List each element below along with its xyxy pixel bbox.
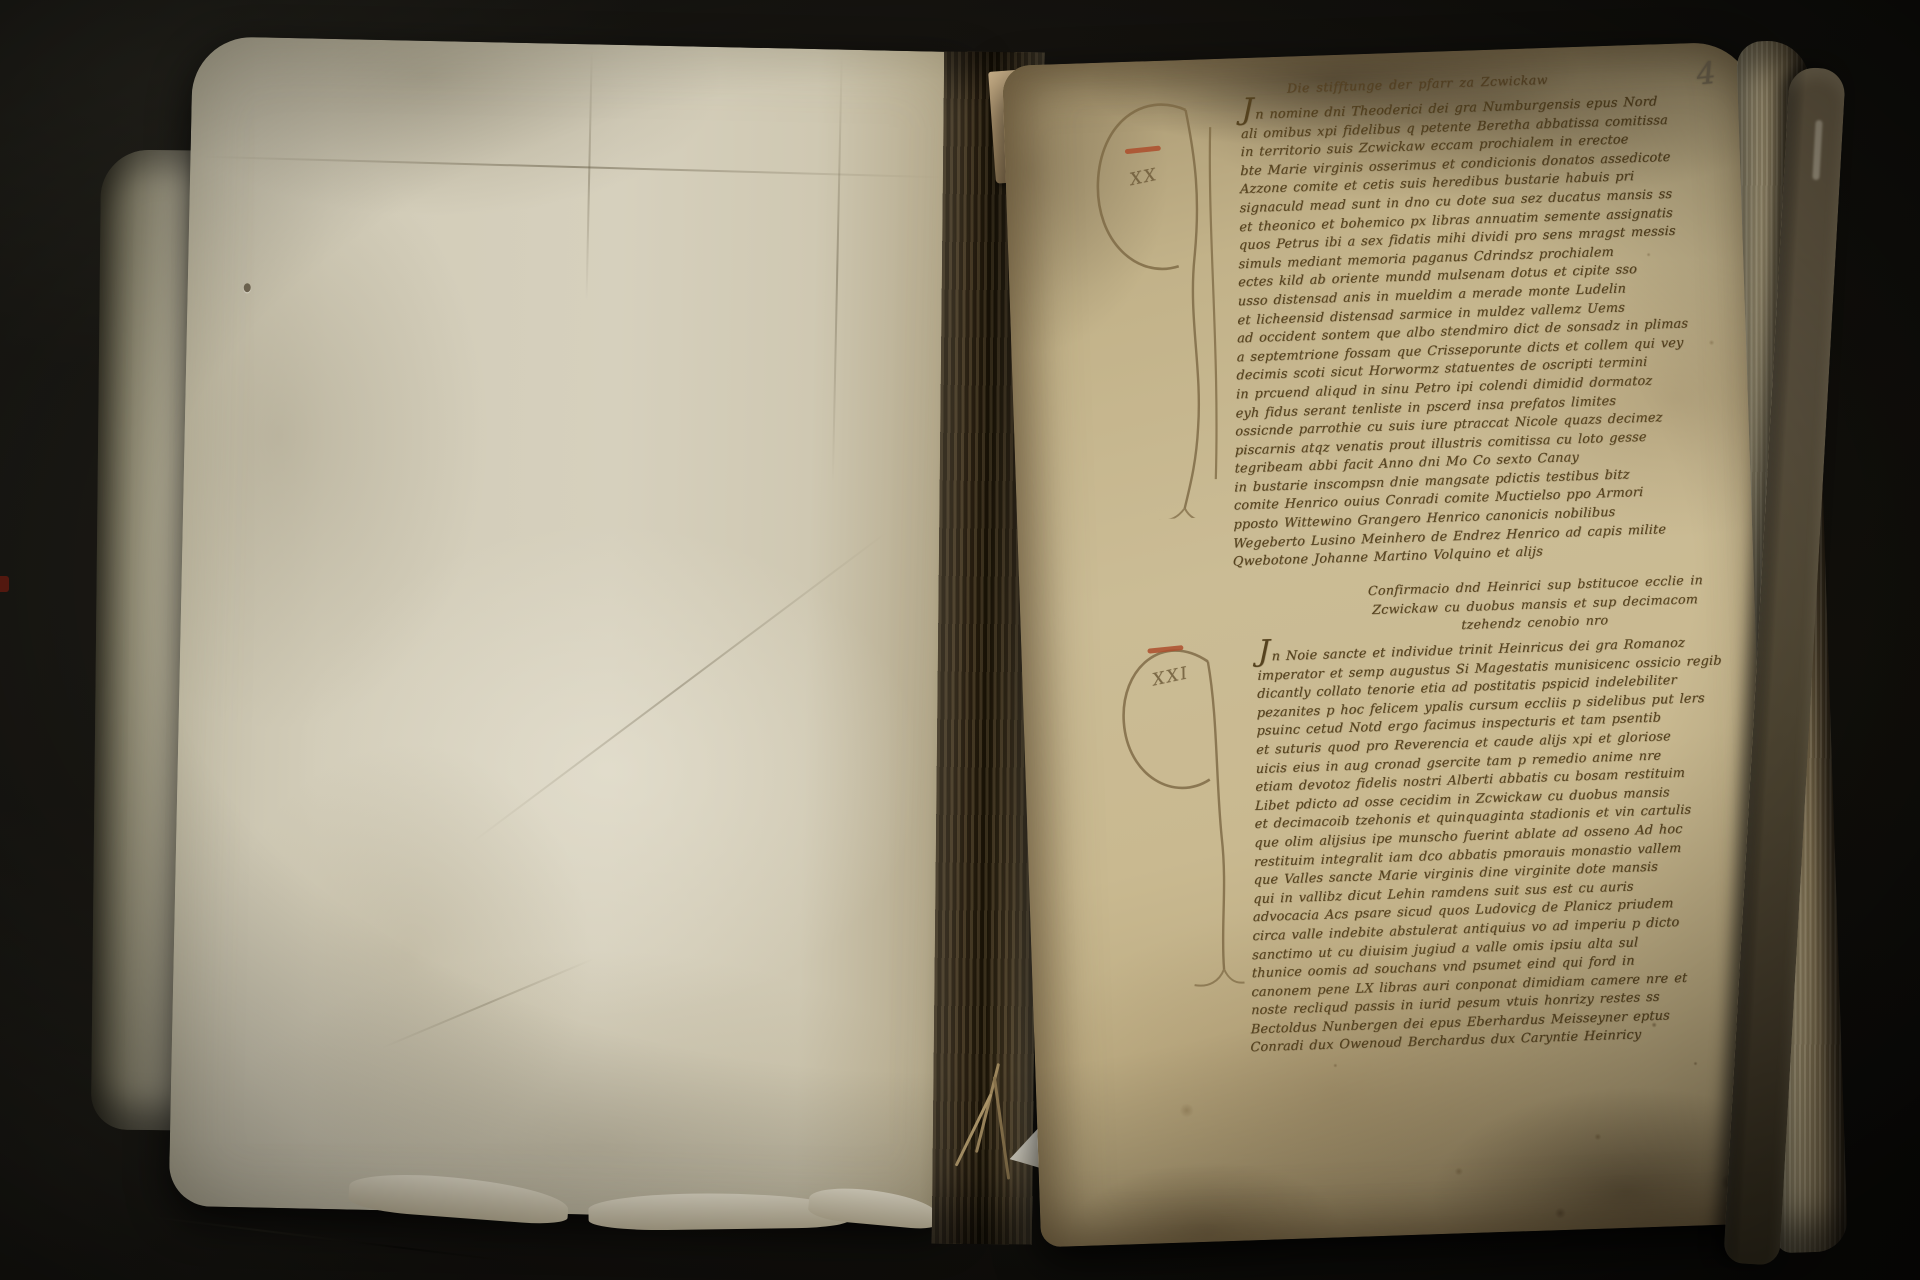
crumpled-bottom-edge — [348, 1170, 570, 1226]
pen-flourish — [1081, 86, 1245, 521]
right-page-written: 4 Die stifftunge der pfarr za Zcwickaw X… — [1002, 41, 1793, 1247]
charter-text: Jn Noie sancte et individue trinit Heinr… — [1250, 627, 1806, 1058]
crease-line — [202, 156, 942, 179]
background-scratch — [151, 1216, 509, 1262]
red-fleck-left-edge — [0, 576, 9, 592]
crease-line — [586, 50, 593, 300]
crease-line — [471, 531, 889, 844]
parchment-hole — [244, 283, 251, 292]
crease-line — [381, 958, 594, 1049]
left-page-blank — [168, 36, 974, 1222]
margin-numeral: XXI — [1151, 663, 1191, 690]
charter-entry-1: XX Jn nomine dni Theoderici dei gra Numb… — [1229, 86, 1792, 572]
charter-text: Jn nomine dni Theoderici dei gra Numburg… — [1233, 86, 1790, 573]
manuscript-photo: 4 Die stifftunge der pfarr za Zcwickaw X… — [0, 0, 1920, 1280]
charter-entry-2: Confirmacio dnd Heinrici sup bstitucoe e… — [1245, 568, 1808, 1058]
margin-numeral: XX — [1128, 165, 1160, 190]
rubric-dash — [1125, 146, 1161, 155]
rubric-dash — [1147, 645, 1183, 654]
text-block: Die stifftunge der pfarr za Zcwickaw XX … — [1229, 64, 1809, 1057]
crease-line — [832, 54, 843, 484]
